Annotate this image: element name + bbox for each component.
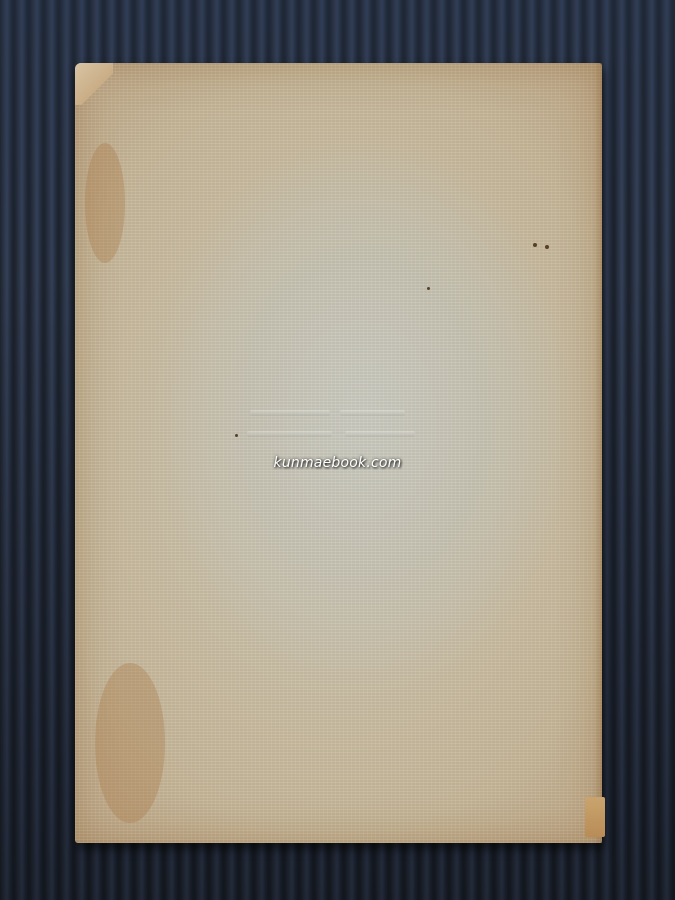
embossed-line — [250, 410, 330, 416]
embossed-line — [340, 410, 405, 416]
foxing-spot — [235, 434, 238, 437]
spine-tape — [585, 797, 605, 837]
age-stain — [95, 663, 165, 823]
embossed-line — [247, 431, 332, 437]
folded-corner — [75, 63, 113, 105]
age-stain — [85, 143, 125, 263]
foxing-spot — [533, 243, 537, 247]
book-back-cover — [75, 63, 602, 843]
embossed-line — [345, 431, 415, 437]
foxing-spot — [545, 245, 549, 249]
watermark-text: kunmaebook.com — [0, 455, 675, 471]
cover-edge-wear — [594, 63, 602, 843]
foxing-spot — [427, 287, 430, 290]
